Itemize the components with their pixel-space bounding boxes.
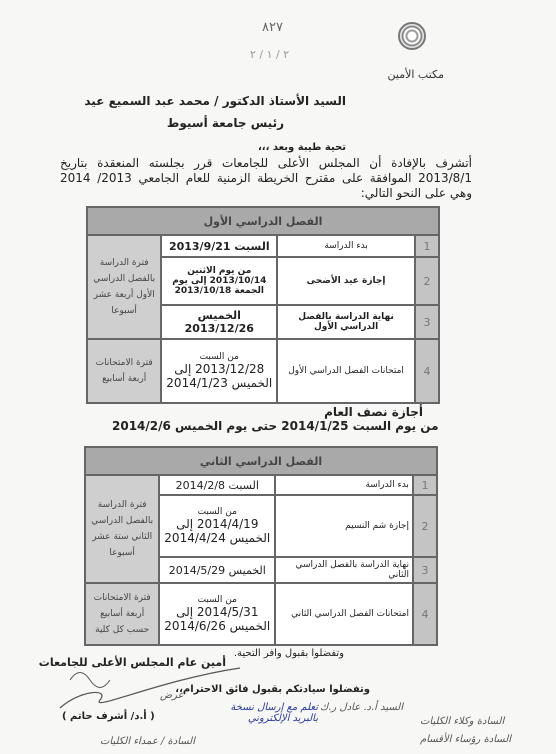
closing-line-1: وتفضلوا بقبول وافر التحية. bbox=[234, 648, 344, 659]
date-from: من السبت bbox=[165, 352, 273, 362]
event-cell: امتحانات الفصل الدراسي الثاني bbox=[275, 583, 413, 645]
handwritten-reference-date: ٢ / ١ / ٢ bbox=[250, 48, 289, 61]
date-cell: من السبت 2013/12/28 إلى الخميس 2014/1/23 bbox=[161, 339, 277, 403]
event-cell: بدء الدراسة bbox=[277, 235, 415, 257]
recipient-name: السيد الأستاذ الدكتور / محمد عبد السميع … bbox=[84, 94, 346, 108]
row-number: 2 bbox=[415, 257, 439, 305]
date-from: من السبت bbox=[163, 595, 271, 605]
semester2-table: الفصل الدراسي الثاني 1 بدء الدراسة السبت… bbox=[84, 446, 438, 646]
exam-period-cell: فترة الامتحانات أربعة أسابيع حسب كل كلية bbox=[85, 583, 159, 645]
date-to: الخميس 2014/4/24 bbox=[163, 531, 271, 545]
date-to: الخميس 2014/1/23 bbox=[165, 376, 273, 390]
greeting: تحية طيبة وبعد ،،، bbox=[258, 142, 346, 153]
office-label: مكتب الأمين bbox=[388, 68, 445, 81]
handwritten-note: السيد أ.د. عادل ر.ك bbox=[320, 702, 403, 713]
body-paragraph: أتشرف بالإفادة أن المجلس الأعلى للجامعات… bbox=[60, 156, 472, 201]
date-to: الخميس 2014/6/26 bbox=[163, 619, 271, 633]
event-cell: نهاية الدراسة بالفصل الدراسي الأول bbox=[277, 305, 415, 339]
date-mid: 2014/5/31 إلى bbox=[163, 605, 271, 619]
handwritten-note: السادة / عمداء الكليات bbox=[100, 736, 195, 747]
date-cell: الخميس 2013/12/26 bbox=[161, 305, 277, 339]
event-cell: إجازة عيد الأضحى bbox=[277, 257, 415, 305]
handwritten-note: السادة وكلاء الكليات bbox=[420, 716, 504, 727]
date-from: من السبت bbox=[163, 507, 271, 517]
semester2-header: الفصل الدراسي الثاني bbox=[85, 447, 437, 475]
date-cell: من يوم الاثنين 2013/10/14 إلى يوم الجمعة… bbox=[161, 257, 277, 305]
row-number: 3 bbox=[415, 305, 439, 339]
date-cell: السبت 2013/9/21 bbox=[161, 235, 277, 257]
row-number: 2 bbox=[413, 495, 437, 557]
semester1-table: الفصل الدراسي الأول 1 بدء الدراسة السبت … bbox=[86, 206, 440, 404]
event-cell: امتحانات الفصل الدراسي الأول bbox=[277, 339, 415, 403]
mid-year-break-dates: من يوم السبت 2014/1/25 حتى يوم الخميس 20… bbox=[112, 419, 439, 433]
recipient-title: رئيس جامعة أسيوط bbox=[167, 116, 284, 130]
handwritten-note: عرض bbox=[160, 690, 184, 701]
date-cell: الخميس 2014/5/29 bbox=[159, 557, 275, 583]
event-cell: إجازة شم النسيم bbox=[275, 495, 413, 557]
date-cell: السبت 2014/2/8 bbox=[159, 475, 275, 495]
date-mid: 2014/4/19 إلى bbox=[163, 517, 271, 531]
university-seal-icon bbox=[398, 22, 426, 50]
study-period-cell: فترة الدراسة بالفصل الدراسي الأول أربعة … bbox=[87, 235, 161, 339]
row-number: 4 bbox=[413, 583, 437, 645]
semester1-header: الفصل الدراسي الأول bbox=[87, 207, 439, 235]
handwritten-note: السادة رؤساء الأقسام bbox=[420, 734, 511, 745]
handwritten-note: تعلم مع إرسال نسخة بالبريد الإلكتروني bbox=[218, 702, 318, 724]
date-cell: من السبت 2014/5/31 إلى الخميس 2014/6/26 bbox=[159, 583, 275, 645]
handwritten-reference-number: ٨٢٧ bbox=[262, 20, 283, 35]
event-cell: نهاية الدراسة بالفصل الدراسي الثاني bbox=[275, 557, 413, 583]
date-mid: 2013/12/28 إلى bbox=[165, 362, 273, 376]
mid-year-break-title: أجازة نصف العام bbox=[324, 405, 423, 419]
row-number: 3 bbox=[413, 557, 437, 583]
study-period-cell: فترة الدراسة بالفصل الدراسي الثاني ستة ع… bbox=[85, 475, 159, 583]
exam-period-cell: فترة الامتحانات أربعة أسابيع bbox=[87, 339, 161, 403]
date-cell: من السبت 2014/4/19 إلى الخميس 2014/4/24 bbox=[159, 495, 275, 557]
row-number: 1 bbox=[415, 235, 439, 257]
row-number: 4 bbox=[415, 339, 439, 403]
event-cell: بدء الدراسة bbox=[275, 475, 413, 495]
row-number: 1 bbox=[413, 475, 437, 495]
